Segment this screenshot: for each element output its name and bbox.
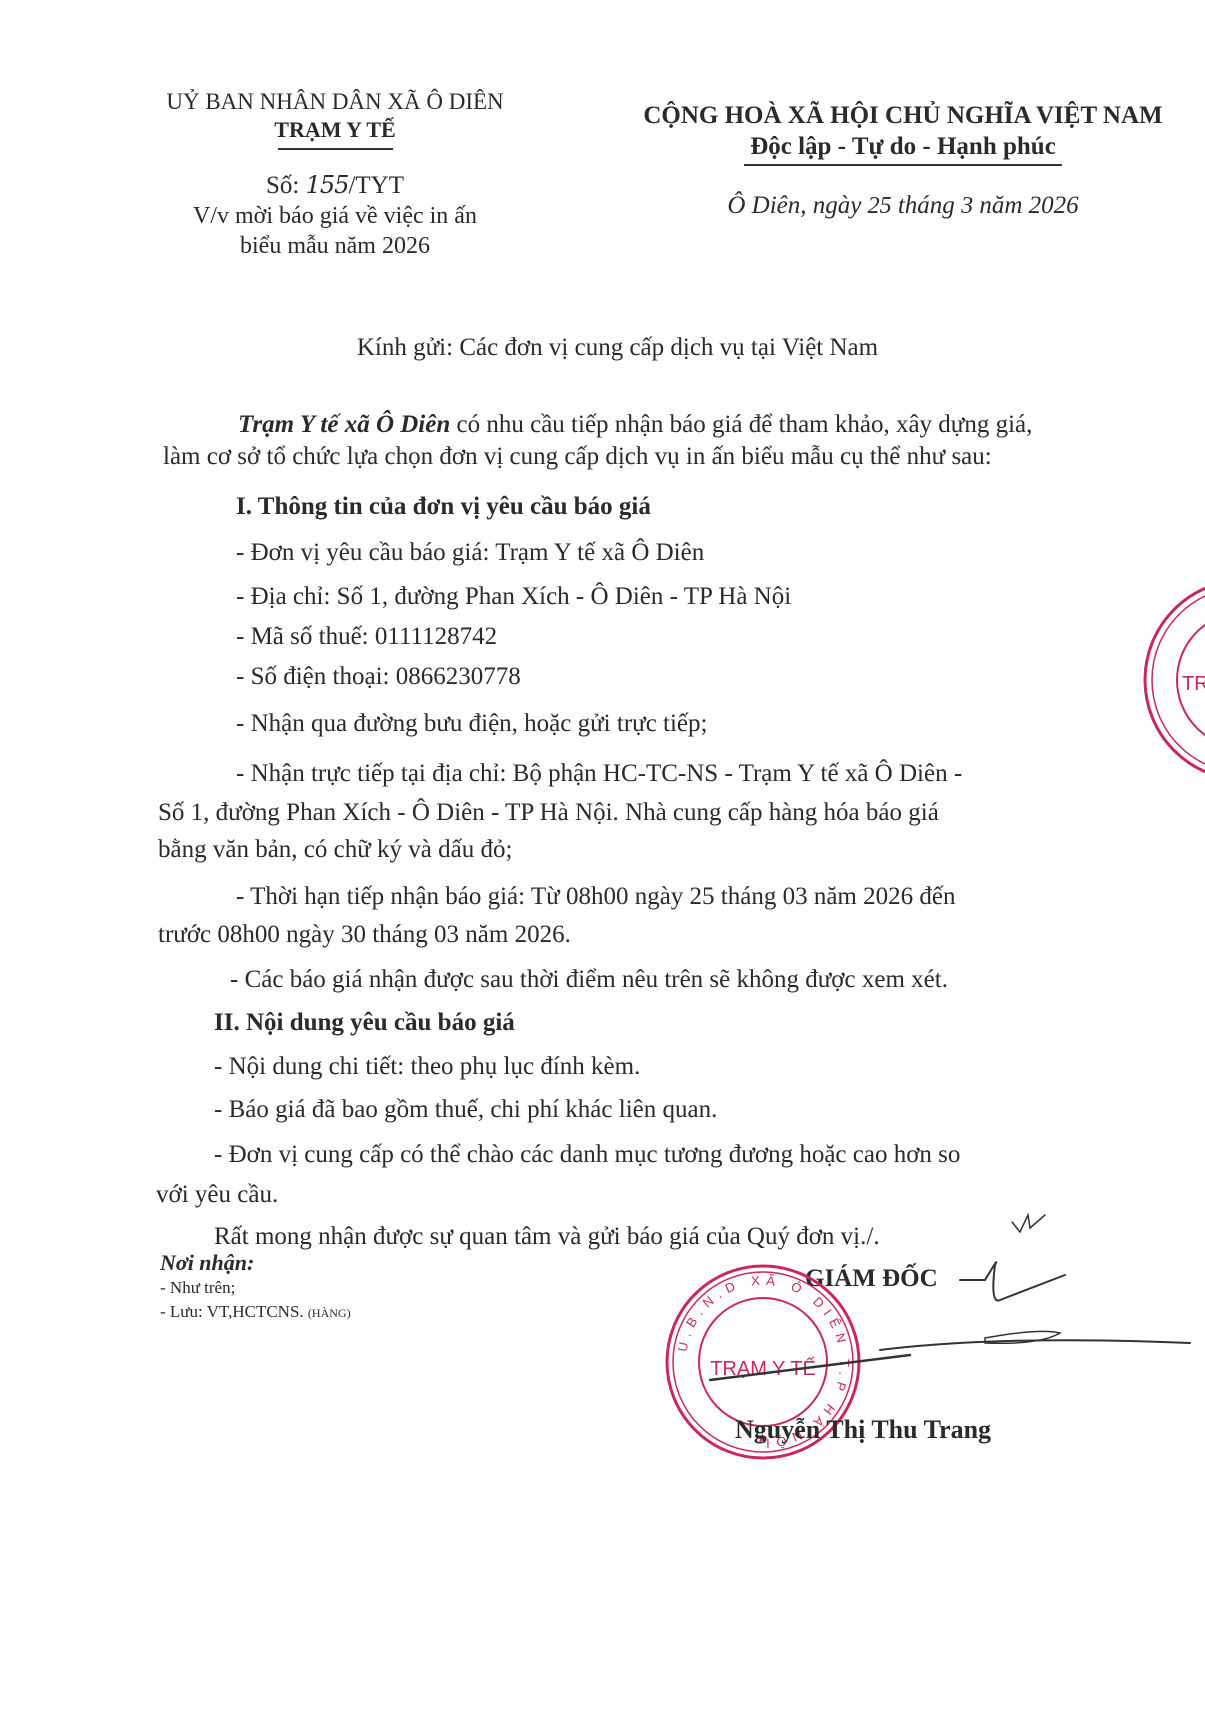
document-number: Số: 155/TYT [130,170,540,201]
national-motto: Độc lập - Tự do - Hạnh phúc [744,132,1062,166]
list-item: - Đơn vị yêu cầu báo giá: Trạm Y tế xã Ô… [236,538,704,568]
list-item: - Đơn vị cung cấp có thể chào các danh m… [214,1140,960,1170]
intro-line-2: làm cơ sở tổ chức lựa chọn đơn vị cung c… [163,442,992,472]
svg-text:TRẠM Y TẾ: TRẠM Y TẾ [710,1357,816,1380]
handwritten-day: 25 [868,193,892,219]
header-right: CỘNG HOÀ XÃ HỘI CHỦ NGHĨA VIỆT NAM Độc l… [618,100,1188,220]
org-name: Trạm Y tế xã Ô Diên [238,411,450,438]
list-item: - Báo giá đã bao gồm thuế, chi phí khác … [214,1095,717,1125]
section-1-heading: I. Thông tin của đơn vị yêu cầu báo giá [236,492,651,522]
addressee: Kính gửi: Các đơn vị cung cấp dịch vụ tạ… [0,334,1205,362]
list-item-continued: Số 1, đường Phan Xích - Ô Diên - TP Hà N… [158,798,939,828]
national-title: CỘNG HOÀ XÃ HỘI CHỦ NGHĨA VIỆT NAM [618,100,1188,132]
recipient-note: (HÀNG) [308,1306,351,1320]
list-item-continued: với yêu cầu. [156,1180,278,1210]
intro-line-1: Trạm Y tế xã Ô Diên có nhu cầu tiếp nhận… [238,410,1032,440]
list-item-continued: bằng văn bản, có chữ ký và dấu đỏ; [158,835,512,865]
list-item: - Nhận qua đường bưu điện, hoặc gửi trực… [236,709,707,739]
signer-name: Nguyễn Thị Thu Trang [735,1415,991,1445]
list-item: - Số điện thoại: 0866230778 [236,662,521,692]
issuing-organization: TRẠM Y TẾ [130,116,540,144]
list-item: - Nhận trực tiếp tại địa chỉ: Bộ phận HC… [236,759,962,789]
list-item: - Thời hạn tiếp nhận báo giá: Từ 08h00 n… [236,882,955,912]
margin-stamp-icon: TR [1145,580,1205,780]
list-item: - Nội dung chi tiết: theo phụ lục đính k… [214,1052,640,1082]
handwritten-month: 3 [961,193,973,219]
divider [278,148,393,150]
list-item: - Địa chỉ: Số 1, đường Phan Xích - Ô Diê… [236,582,791,612]
recipients-title: Nơi nhận: [160,1250,351,1276]
svg-text:TR: TR [1182,673,1205,695]
recipient-item: - Lưu: VT,HCTCNS. (HÀNG) [160,1300,351,1325]
recipient-item: - Như trên; [160,1276,351,1300]
handwritten-number: 155 [306,171,349,199]
signature-title: GIÁM ĐỐC [805,1265,938,1293]
subject-line-2: biểu mẫu năm 2026 [130,231,540,261]
list-item: - Các báo giá nhận được sau thời điểm nê… [230,965,948,995]
issuing-authority: UỶ BAN NHÂN DÂN XÃ Ô DIÊN [130,88,540,116]
header-left: UỶ BAN NHÂN DÂN XÃ Ô DIÊN TRẠM Y TẾ Số: … [130,88,540,261]
closing-sentence: Rất mong nhận được sự quan tâm và gửi bá… [214,1222,880,1252]
recipients-block: Nơi nhận: - Như trên; - Lưu: VT,HCTCNS. … [160,1250,351,1325]
subject-line-1: V/v mời báo giá về việc in ấn [130,201,540,231]
section-2-heading: II. Nội dung yêu cầu báo giá [214,1008,515,1038]
document-date: Ô Diên, ngày 25 tháng 3 năm 2026 [618,192,1188,220]
list-item-continued: trước 08h00 ngày 30 tháng 03 năm 2026. [158,920,571,950]
list-item: - Mã số thuế: 0111128742 [236,622,497,652]
